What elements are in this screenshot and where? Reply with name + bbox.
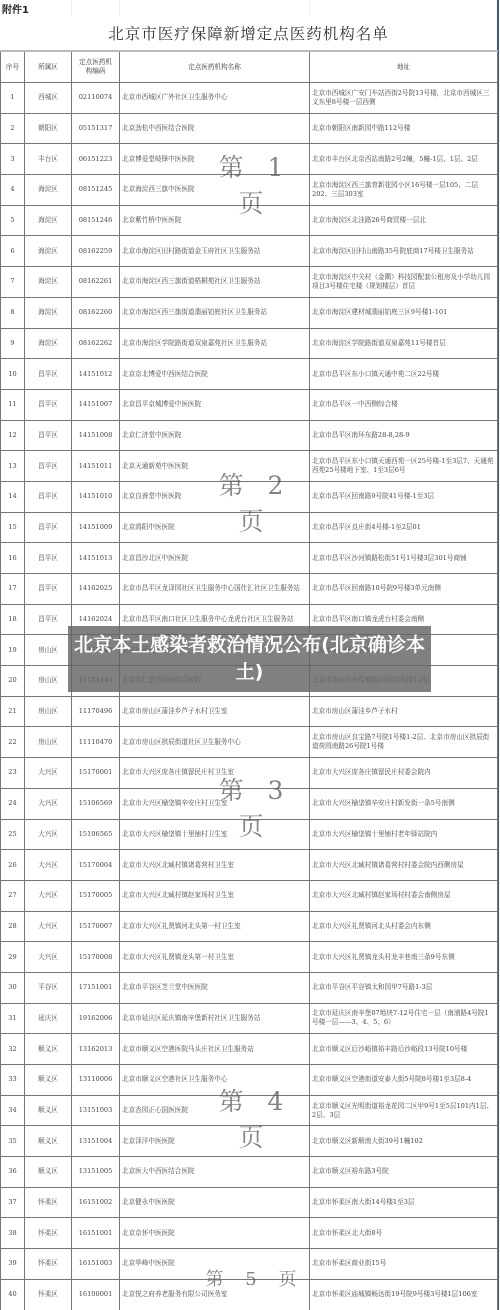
- row-district: 昌平区: [25, 481, 72, 512]
- row-code: 14162025: [72, 574, 120, 605]
- row-address: 北京市顺义区空港街道安泰大街5号院8号楼1至3层8-4: [310, 1065, 498, 1096]
- row-code: 16151002: [72, 1187, 120, 1218]
- row-number: 29: [1, 942, 25, 973]
- row-number: 37: [1, 1187, 25, 1218]
- row-address: 北京市海淀区建材城翡丽铂庭三区9号楼1-101: [310, 297, 498, 328]
- table-row: 14昌平区14151010北京良善堂中医医院北京市昌平区回南路9号院41号楼-1…: [1, 481, 498, 512]
- row-name: 北京博爱堂岐锋中医医院: [120, 144, 310, 175]
- table-row: 7海淀区08162261北京市海淀区西三旗街道梧桐苑社区卫生服务站北京市海淀区中…: [1, 267, 498, 298]
- row-address: 北京市顺义区后沙峪镇裕丰路后沙峪段13号院10号楼: [310, 1034, 498, 1065]
- row-name: 北京京北博爱中西医结合医院: [120, 359, 310, 390]
- table-row: 30平谷区17151001北京市平谷区芝兰堂中医医院北京市平谷区平谷镇太和园甲7…: [1, 972, 498, 1003]
- row-code: 13151005: [72, 1157, 120, 1188]
- row-number: 6: [1, 236, 25, 267]
- row-number: 30: [1, 972, 25, 1003]
- row-code: 11110470: [72, 727, 120, 758]
- row-district: 怀柔区: [25, 1187, 72, 1218]
- row-number: 13: [1, 451, 25, 482]
- row-address: 北京市顺义区新顺南大街39号1幢102: [310, 1126, 498, 1157]
- row-name: 北京市大兴区礼贤镇龙头第一村卫生室: [120, 942, 310, 973]
- table-row: 16昌平区14151013北京昌沙北区中医医院北京市昌平区沙河镇路松街51号1号…: [1, 543, 498, 574]
- row-address: 北京市大兴区庞各庄镇留民庄村委会院内: [310, 758, 498, 789]
- row-name: 北京市海淀区西三旗街道梧桐苑社区卫生服务站: [120, 267, 310, 298]
- row-name: 北京医大中西医结合医院: [120, 1157, 310, 1188]
- row-code: 15170005: [72, 880, 120, 911]
- row-district: 西城区: [25, 83, 72, 114]
- row-name: 北京华峰中医医院: [120, 1249, 310, 1280]
- row-name: 北京市大兴区庞各庄镇留民庄村卫生室: [120, 758, 310, 789]
- table-row: 26大兴区15170004北京市大兴区北臧村镇诸葛营村卫生室北京市大兴区北臧村镇…: [1, 850, 498, 881]
- row-code: 11170496: [72, 696, 120, 727]
- row-district: 怀柔区: [25, 1249, 72, 1280]
- row-number: 23: [1, 758, 25, 789]
- table-row: 23大兴区15170001北京市大兴区庞各庄镇留民庄村卫生室北京市大兴区庞各庄镇…: [1, 758, 498, 789]
- row-number: 3: [1, 144, 25, 175]
- table-row: 15昌平区14151009北京鸿阳中医医院北京市昌平区良庄街4号楼-1至2层01: [1, 512, 498, 543]
- row-code: 14151013: [72, 543, 120, 574]
- row-number: 32: [1, 1034, 25, 1065]
- table-row: 35顺义区13151004北京泽洋中医医院北京市顺义区新顺南大街39号1幢102: [1, 1126, 498, 1157]
- row-number: 27: [1, 880, 25, 911]
- row-district: 大兴区: [25, 850, 72, 881]
- row-district: 房山区: [25, 635, 72, 666]
- row-address: 北京市怀柔区庙城镇畅达街19号院9号楼3号楼1层106室: [310, 1279, 498, 1310]
- row-code: 14151008: [72, 420, 120, 451]
- row-district: 昌平区: [25, 574, 72, 605]
- row-address: 北京市大兴区榆垡镇辛安庄村新发街一条5号南侧: [310, 788, 498, 819]
- table-row: 8海淀区08162260北京市海淀区西三旗街道翡丽铂庭社区卫生服务站北京市海淀区…: [1, 297, 498, 328]
- row-address: 北京市房山区蒲洼乡芦子水村: [310, 696, 498, 727]
- row-code: 05151317: [72, 113, 120, 144]
- row-address: 北京市昌平区回南路10号院9号楼3单元南侧: [310, 574, 498, 605]
- table-row: 25大兴区15106565北京市大兴区榆垡镇十里铺村卫生室北京市大兴区榆垡镇十里…: [1, 819, 498, 850]
- row-code: 08162260: [72, 297, 120, 328]
- table-row: 5海淀区08151246北京紫竹桥中医医院北京市海淀区北洼路26号商贸楼一层北: [1, 205, 498, 236]
- row-district: 海淀区: [25, 236, 72, 267]
- row-number: 36: [1, 1157, 25, 1188]
- row-name: 北京市西城区广外社区卫生服务中心: [120, 83, 310, 114]
- table-row: 28大兴区15170007北京市大兴区礼贤镇河北头第一村卫生室北京市大兴区礼贤镇…: [1, 911, 498, 942]
- row-number: 35: [1, 1126, 25, 1157]
- top-gridline: [71, 0, 72, 16]
- row-district: 海淀区: [25, 328, 72, 359]
- row-district: 昌平区: [25, 451, 72, 482]
- row-code: 17151001: [72, 972, 120, 1003]
- row-name: 北京劲松中西医结合医院: [120, 113, 310, 144]
- row-district: 大兴区: [25, 758, 72, 789]
- row-name: 北京市平谷区芝兰堂中医医院: [120, 972, 310, 1003]
- row-number: 39: [1, 1249, 25, 1280]
- row-address: 北京市怀柔区北大街8号: [310, 1218, 498, 1249]
- row-district: 朝阳区: [25, 113, 72, 144]
- row-code: 06151223: [72, 144, 120, 175]
- row-name: 北京泽洋中医医院: [120, 1126, 310, 1157]
- table-row: 3丰台区06151223北京博爱堂岐锋中医医院北京市丰台区北京西站南路2号2幢，…: [1, 144, 498, 175]
- row-number: 1: [1, 83, 25, 114]
- row-code: 15170008: [72, 942, 120, 973]
- row-code: 14151007: [72, 389, 120, 420]
- row-address: 北京市大兴区礼贤镇河北头村委会内东侧: [310, 911, 498, 942]
- document-title: 北京市医疗保障新增定点医药机构名单: [0, 22, 497, 44]
- row-address: 北京市顺义区裕东路3号院: [310, 1157, 498, 1188]
- row-district: 大兴区: [25, 942, 72, 973]
- row-address: 北京市昌平区东小口镇天通中苑二区22号楼: [310, 359, 498, 390]
- row-address: 北京市大兴区北臧村镇赵家场村村委会南侧房屋: [310, 880, 498, 911]
- row-district: 顺义区: [25, 1065, 72, 1096]
- row-address: 北京市顺义区光明街道裕龙花园二区甲9号1至5层101内1层、2层、3层: [310, 1095, 498, 1126]
- row-address: 北京市朝阳区南新园中路112号楼: [310, 113, 498, 144]
- row-address: 北京市延庆区南辛堡07地块7-12号住宅一层（南浦路4号院1号楼一层——3、4、…: [310, 1003, 498, 1034]
- row-number: 24: [1, 788, 25, 819]
- attachment-label: 附件1: [2, 1, 29, 16]
- table-row: 1西城区02110074北京市西城区广外社区卫生服务中心北京市西城区广安门车站西…: [1, 83, 498, 114]
- row-number: 26: [1, 850, 25, 881]
- row-code: 08162262: [72, 328, 120, 359]
- row-address: 北京市海淀区中关村（金隅）科技园配套公租房及小学幼儿园项目3号楼住宅楼（规划楼层…: [310, 267, 498, 298]
- row-address: 北京市西城区广安门车站西街2号院13号楼，北京市西城区三义东里8号楼一层西侧: [310, 83, 498, 114]
- top-gridline: [119, 0, 120, 16]
- row-name: 北京市大兴区榆垡镇十里铺村卫生室: [120, 819, 310, 850]
- row-number: 2: [1, 113, 25, 144]
- row-number: 34: [1, 1095, 25, 1126]
- row-district: 昌平区: [25, 604, 72, 635]
- row-district: 顺义区: [25, 1034, 72, 1065]
- row-number: 38: [1, 1218, 25, 1249]
- table-row: 12昌平区14151008北京仁济堂中医医院北京市昌平区南环东路28-8,28-…: [1, 420, 498, 451]
- row-address: 北京市昌平区沙河镇路松街51号1号楼3层301号商铺: [310, 543, 498, 574]
- table-row: 2朝阳区05151317北京劲松中西医结合医院北京市朝阳区南新园中路112号楼: [1, 113, 498, 144]
- row-address: 北京市丰台区北京西站南路2号2幢，5幢-1层、1层、2层: [310, 144, 498, 175]
- row-name: 北京杏园正心国医医院: [120, 1095, 310, 1126]
- row-address: 北京市海淀区田村山南路35号院底商17号楼卫生服务站: [310, 236, 498, 267]
- table-row: 40怀柔区16100001北京悦之府养老服务有限公司医务室北京市怀柔区庙城镇畅达…: [1, 1279, 498, 1310]
- row-code: 14151012: [72, 359, 120, 390]
- header-district: 所属区: [25, 51, 72, 83]
- row-district: 海淀区: [25, 205, 72, 236]
- table-row: 38怀柔区16151001北京京怀中医医院北京市怀柔区北大街8号: [1, 1218, 498, 1249]
- table-row: 36顺义区13151005北京医大中西医结合医院北京市顺义区裕东路3号院: [1, 1157, 498, 1188]
- row-name: 北京市海淀区田村路街道金玉府社区卫生服务站: [120, 236, 310, 267]
- table-row: 39怀柔区16151003北京华峰中医医院北京市怀柔区商业街15号: [1, 1249, 498, 1280]
- row-name: 北京天通新苑中医医院: [120, 451, 310, 482]
- document-sheet: 附件1 北京市医疗保障新增定点医药机构名单 序号 所属区 定点医药机构编码 定点…: [0, 0, 499, 1310]
- row-code: 15106565: [72, 819, 120, 850]
- row-name: 北京市大兴区北臧村镇诸葛营村卫生室: [120, 850, 310, 881]
- row-name: 北京昌平京城博爱中医医院: [120, 389, 310, 420]
- table-row: 10昌平区14151012北京京北博爱中西医结合医院北京市昌平区东小口镇天通中苑…: [1, 359, 498, 390]
- row-district: 海淀区: [25, 175, 72, 206]
- table-row: 6海淀区08162259北京市海淀区田村路街道金玉府社区卫生服务站北京市海淀区田…: [1, 236, 498, 267]
- row-code: 19162006: [72, 1003, 120, 1034]
- row-number: 20: [1, 666, 25, 697]
- header-code: 定点医药机构编码: [72, 51, 120, 83]
- row-district: 房山区: [25, 727, 72, 758]
- row-address: 北京市昌平区东小口镇天通西苑一区25号楼-1至3层7、天通苑西苑25号楼地下室、…: [310, 451, 498, 482]
- table-row: 29大兴区15170008北京市大兴区礼贤镇龙头第一村卫生室北京市大兴区礼贤镇龙…: [1, 942, 498, 973]
- row-district: 延庆区: [25, 1003, 72, 1034]
- row-district: 怀柔区: [25, 1218, 72, 1249]
- table-row: 9海淀区08162262北京市海淀区学院路街道双泉嘉苑社区卫生服务站北京市海淀区…: [1, 328, 498, 359]
- row-code: 08151246: [72, 205, 120, 236]
- news-headline-overlay[interactable]: 北京本土感染者救治情况公布(北京确诊本土): [68, 626, 431, 692]
- table-row: 17昌平区14162025北京市昌平区龙泽园社区卫生服务中心国仕汇社区卫生服务站…: [1, 574, 498, 605]
- row-district: 昌平区: [25, 543, 72, 574]
- table-row: 34顺义区13151003北京杏园正心国医医院北京市顺义区光明街道裕龙花园二区甲…: [1, 1095, 498, 1126]
- headline-text: 北京本土感染者救治情况公布(北京确诊本土): [68, 626, 431, 686]
- row-address: 北京市昌平区南环东路28-8,28-9: [310, 420, 498, 451]
- row-code: 15170007: [72, 911, 120, 942]
- table-row: 13昌平区14151011北京天通新苑中医医院北京市昌平区东小口镇天通西苑一区2…: [1, 451, 498, 482]
- row-number: 21: [1, 696, 25, 727]
- header-name: 定点医药机构名称: [120, 51, 310, 83]
- row-district: 海淀区: [25, 267, 72, 298]
- row-district: 大兴区: [25, 911, 72, 942]
- row-number: 12: [1, 420, 25, 451]
- row-address: 北京市昌平区回南路9号院41号楼-1至3层: [310, 481, 498, 512]
- row-address: 北京市昌平区一中西侧综合楼: [310, 389, 498, 420]
- table-header-row: 序号 所属区 定点医药机构编码 定点医药机构名称 地址: [1, 51, 498, 83]
- row-name: 北京悦之府养老服务有限公司医务室: [120, 1279, 310, 1310]
- row-code: 15170001: [72, 758, 120, 789]
- row-name: 北京市海淀区西三旗街道翡丽铂庭社区卫生服务站: [120, 297, 310, 328]
- row-address: 北京市怀柔区南大街14号楼1至3层: [310, 1187, 498, 1218]
- row-number: 14: [1, 481, 25, 512]
- row-address: 北京市大兴区北臧村镇诸葛营村村委会院内西侧房屋: [310, 850, 498, 881]
- row-number: 40: [1, 1279, 25, 1310]
- row-number: 18: [1, 604, 25, 635]
- row-address: 北京市海淀区西三旗育新花园小区16号楼一层105、二层202、三层303室: [310, 175, 498, 206]
- row-code: 08162259: [72, 236, 120, 267]
- row-address: 北京市海淀区学院路街道双泉嘉苑11号楼首层: [310, 328, 498, 359]
- row-name: 北京鸿阳中医医院: [120, 512, 310, 543]
- row-code: 14151010: [72, 481, 120, 512]
- row-number: 17: [1, 574, 25, 605]
- row-district: 怀柔区: [25, 1279, 72, 1310]
- row-number: 28: [1, 911, 25, 942]
- table-row: 24大兴区15106569北京市大兴区榆垡镇辛安庄村卫生室北京市大兴区榆垡镇辛安…: [1, 788, 498, 819]
- row-name: 北京市房山区蒲洼乡芦子水村卫生室: [120, 696, 310, 727]
- table-row: 22房山区11110470北京市房山区拱辰街道社区卫生服务中心北京市房山区良宝路…: [1, 727, 498, 758]
- row-code: 14151009: [72, 512, 120, 543]
- row-number: 31: [1, 1003, 25, 1034]
- row-name: 北京昌沙北区中医医院: [120, 543, 310, 574]
- row-number: 4: [1, 175, 25, 206]
- row-number: 16: [1, 543, 25, 574]
- row-name: 北京市昌平区龙泽园社区卫生服务中心国仕汇社区卫生服务站: [120, 574, 310, 605]
- row-code: 13151003: [72, 1095, 120, 1126]
- row-number: 33: [1, 1065, 25, 1096]
- row-address: 北京市海淀区北洼路26号商贸楼一层北: [310, 205, 498, 236]
- row-district: 房山区: [25, 696, 72, 727]
- row-name: 北京仁济堂中医医院: [120, 420, 310, 451]
- row-code: 02110074: [72, 83, 120, 114]
- row-code: 13110006: [72, 1065, 120, 1096]
- row-name: 北京良善堂中医医院: [120, 481, 310, 512]
- table-row: 11昌平区14151007北京昌平京城博爱中医医院北京市昌平区一中西侧综合楼: [1, 389, 498, 420]
- row-name: 北京市延庆区延庆镇南辛堡新村社区卫生服务站: [120, 1003, 310, 1034]
- row-address: 北京市怀柔区商业街15号: [310, 1249, 498, 1280]
- row-name: 北京市顺义区空港社区卫生服务中心: [120, 1065, 310, 1096]
- row-code: 08162261: [72, 267, 120, 298]
- row-code: 16151001: [72, 1218, 120, 1249]
- row-name: 北京京怀中医医院: [120, 1218, 310, 1249]
- row-district: 昌平区: [25, 512, 72, 543]
- row-code: 13162013: [72, 1034, 120, 1065]
- row-name: 北京市大兴区榆垡镇辛安庄村卫生室: [120, 788, 310, 819]
- row-district: 丰台区: [25, 144, 72, 175]
- header-address: 地址: [310, 51, 498, 83]
- row-name: 北京市大兴区北臧村镇赵家场村卫生室: [120, 880, 310, 911]
- row-name: 北京紫竹桥中医医院: [120, 205, 310, 236]
- row-address: 北京市房山区良宝路7号院1号楼1-2层、北京市房山区拱辰街道荷园南路26号院1号…: [310, 727, 498, 758]
- row-district: 房山区: [25, 666, 72, 697]
- table-row: 31延庆区19162006北京市延庆区延庆镇南辛堡新村社区卫生服务站北京市延庆区…: [1, 1003, 498, 1034]
- row-district: 昌平区: [25, 420, 72, 451]
- header-no: 序号: [1, 51, 25, 83]
- row-address: 北京市昌平区良庄街4号楼-1至2层01: [310, 512, 498, 543]
- row-name: 北京健永中医医院: [120, 1187, 310, 1218]
- row-number: 22: [1, 727, 25, 758]
- row-number: 9: [1, 328, 25, 359]
- row-number: 11: [1, 389, 25, 420]
- row-district: 昌平区: [25, 389, 72, 420]
- row-code: 14151011: [72, 451, 120, 482]
- row-number: 10: [1, 359, 25, 390]
- row-district: 海淀区: [25, 297, 72, 328]
- row-number: 7: [1, 267, 25, 298]
- row-name: 北京市顺义区空港医院马头庄社区卫生服务站: [120, 1034, 310, 1065]
- row-number: 15: [1, 512, 25, 543]
- row-district: 大兴区: [25, 788, 72, 819]
- row-district: 昌平区: [25, 359, 72, 390]
- row-district: 平谷区: [25, 972, 72, 1003]
- table-row: 33顺义区13110006北京市顺义区空港社区卫生服务中心北京市顺义区空港街道安…: [1, 1065, 498, 1096]
- row-name: 北京市海淀区学院路街道双泉嘉苑社区卫生服务站: [120, 328, 310, 359]
- row-name: 北京海淀西三旗中医医院: [120, 175, 310, 206]
- row-code: 08151245: [72, 175, 120, 206]
- row-number: 19: [1, 635, 25, 666]
- row-code: 13151004: [72, 1126, 120, 1157]
- table-row: 27大兴区15170005北京市大兴区北臧村镇赵家场村卫生室北京市大兴区北臧村镇…: [1, 880, 498, 911]
- row-code: 16151003: [72, 1249, 120, 1280]
- row-district: 顺义区: [25, 1157, 72, 1188]
- row-address: 北京市大兴区礼贤镇龙头村龙丰巷南三条9号东侧: [310, 942, 498, 973]
- top-gridline: [309, 0, 310, 16]
- row-address: 北京市大兴区榆垡镇十里铺村老年驿站院内: [310, 819, 498, 850]
- table-row: 37怀柔区16151002北京健永中医医院北京市怀柔区南大街14号楼1至3层: [1, 1187, 498, 1218]
- row-address: 北京市平谷区平谷镇太和园甲7号路1-3层: [310, 972, 498, 1003]
- row-number: 25: [1, 819, 25, 850]
- row-name: 北京市房山区拱辰街道社区卫生服务中心: [120, 727, 310, 758]
- table-row: 21房山区11170496北京市房山区蒲洼乡芦子水村卫生室北京市房山区蒲洼乡芦子…: [1, 696, 498, 727]
- row-name: 北京市大兴区礼贤镇河北头第一村卫生室: [120, 911, 310, 942]
- row-district: 大兴区: [25, 819, 72, 850]
- row-number: 8: [1, 297, 25, 328]
- row-code: 15170004: [72, 850, 120, 881]
- row-code: 16100001: [72, 1279, 120, 1310]
- row-number: 5: [1, 205, 25, 236]
- table-row: 4海淀区08151245北京海淀西三旗中医医院北京市海淀区西三旗育新花园小区16…: [1, 175, 498, 206]
- row-code: 15106569: [72, 788, 120, 819]
- table-row: 32顺义区13162013北京市顺义区空港医院马头庄社区卫生服务站北京市顺义区后…: [1, 1034, 498, 1065]
- row-district: 顺义区: [25, 1126, 72, 1157]
- row-district: 顺义区: [25, 1095, 72, 1126]
- row-district: 大兴区: [25, 880, 72, 911]
